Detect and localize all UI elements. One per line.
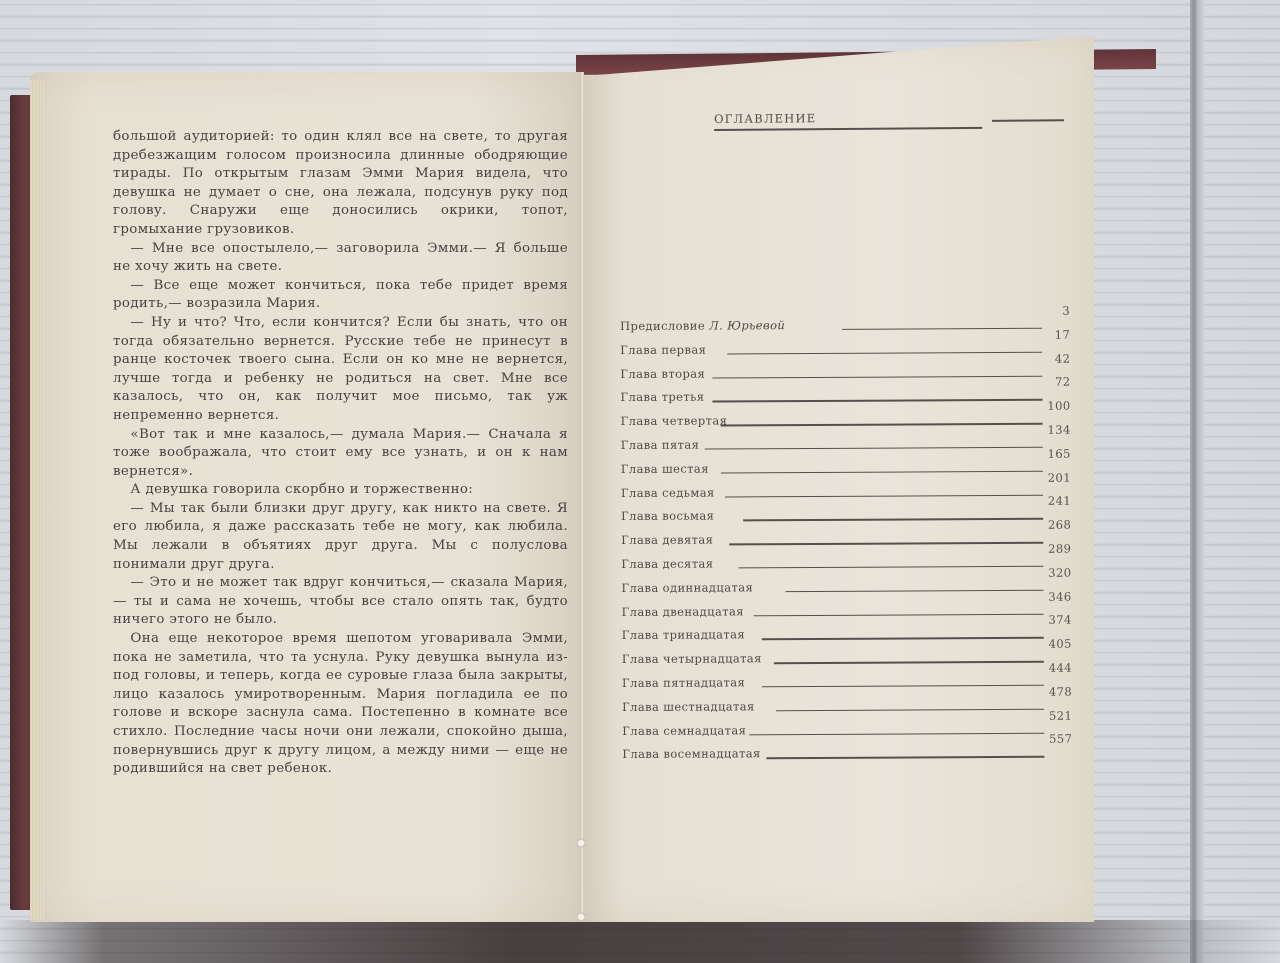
toc-heading: ОГЛАВЛЕНИЕ bbox=[714, 109, 1066, 126]
toc-page-number: 134 bbox=[1047, 423, 1070, 437]
paragraph: — Мне все опостылело,— заговорила Эмми.—… bbox=[113, 240, 568, 277]
toc-page-number: 557 bbox=[1049, 732, 1072, 746]
toc-entry: 100Глава четвертая bbox=[620, 399, 1070, 425]
toc-entry: 201Глава седьмая bbox=[621, 470, 1071, 496]
toc-entry: 289Глава десятая bbox=[621, 542, 1071, 568]
toc-page-number: 241 bbox=[1048, 494, 1071, 508]
toc-entry: 134Глава пятая bbox=[621, 423, 1071, 449]
book-shadow bbox=[0, 920, 1280, 963]
toc-page-number: 72 bbox=[1055, 375, 1071, 389]
toc-page-number: 478 bbox=[1049, 684, 1072, 698]
paragraph: «Вот так и мне казалось,— думала Мария.—… bbox=[113, 426, 568, 482]
toc-heading-text: ОГЛАВЛЕНИЕ bbox=[714, 111, 816, 126]
toc-page-number: 100 bbox=[1047, 399, 1070, 413]
toc-entry-label: Глава восемнадцатая bbox=[622, 747, 760, 762]
toc-page-number: 3 bbox=[1062, 304, 1070, 318]
paragraph: А девушка говорила скорбно и торжественн… bbox=[113, 481, 568, 500]
paragraph: — Это и не может так вдруг кончиться,— с… bbox=[113, 574, 568, 630]
toc-entry: 320Глава одиннадцатая bbox=[621, 565, 1071, 591]
toc-entry: 3Предисловие Л. Юрьевой bbox=[620, 304, 1070, 330]
toc-entry: 72Глава третья bbox=[620, 375, 1070, 401]
toc-entry: 374Глава тринадцатая bbox=[622, 613, 1072, 639]
book-gutter bbox=[580, 72, 584, 922]
toc-entry: 42Глава вторая bbox=[620, 351, 1070, 377]
toc-page-number: 444 bbox=[1049, 661, 1072, 675]
paragraph: большой аудиторией: то один клял все на … bbox=[113, 128, 568, 240]
left-page-text: большой аудиторией: то один клял все на … bbox=[113, 128, 568, 779]
toc-page-number: 268 bbox=[1048, 518, 1071, 532]
toc-page-number: 521 bbox=[1049, 708, 1072, 722]
toc-page-number: 201 bbox=[1048, 470, 1071, 484]
toc-page-number: 42 bbox=[1055, 351, 1071, 365]
toc-page-number: 17 bbox=[1055, 327, 1071, 341]
toc-entry: 521Глава семнадцатая bbox=[622, 708, 1072, 734]
paragraph: — Ну и что? Что, если кончится? Если бы … bbox=[113, 314, 568, 426]
toc-entry: 165Глава шестая bbox=[621, 446, 1071, 472]
toc-entry: 444Глава пятнадцатая bbox=[622, 661, 1072, 687]
table-plank-groove bbox=[1190, 0, 1204, 963]
toc-entry: 557Глава восемнадцатая bbox=[622, 732, 1072, 758]
toc-page-number: 346 bbox=[1048, 589, 1071, 603]
toc-page-number: 289 bbox=[1048, 542, 1071, 556]
paragraph: — Мы так были близки друг другу, как ник… bbox=[113, 500, 568, 574]
toc-entry: 346Глава двенадцатая bbox=[621, 589, 1071, 615]
toc-page-number: 320 bbox=[1048, 565, 1071, 579]
toc-entry: 405Глава четырнадцатая bbox=[622, 637, 1072, 663]
toc-entry-title: Глава восемнадцатая bbox=[622, 747, 760, 762]
page-edges bbox=[30, 80, 44, 920]
binding-stitch bbox=[577, 912, 585, 922]
binding-stitch bbox=[577, 838, 585, 848]
table-of-contents: 3Предисловие Л. Юрьевой17Глава первая42Г… bbox=[620, 304, 1072, 758]
toc-entry: 268Глава девятая bbox=[621, 518, 1071, 544]
toc-entry: 17Глава первая bbox=[620, 327, 1070, 353]
toc-entry: 241Глава восьмая bbox=[621, 494, 1071, 520]
toc-entry: 478Глава шестнадцатая bbox=[622, 684, 1072, 710]
toc-page-number: 405 bbox=[1049, 637, 1072, 651]
toc-page-number: 165 bbox=[1048, 446, 1071, 460]
paragraph: — Все еще может кончиться, пока тебе при… bbox=[113, 277, 568, 314]
toc-page-number: 374 bbox=[1048, 613, 1071, 627]
heading-rule bbox=[992, 119, 1064, 121]
paragraph: Она еще некоторое время шепотом уговарив… bbox=[113, 630, 568, 779]
